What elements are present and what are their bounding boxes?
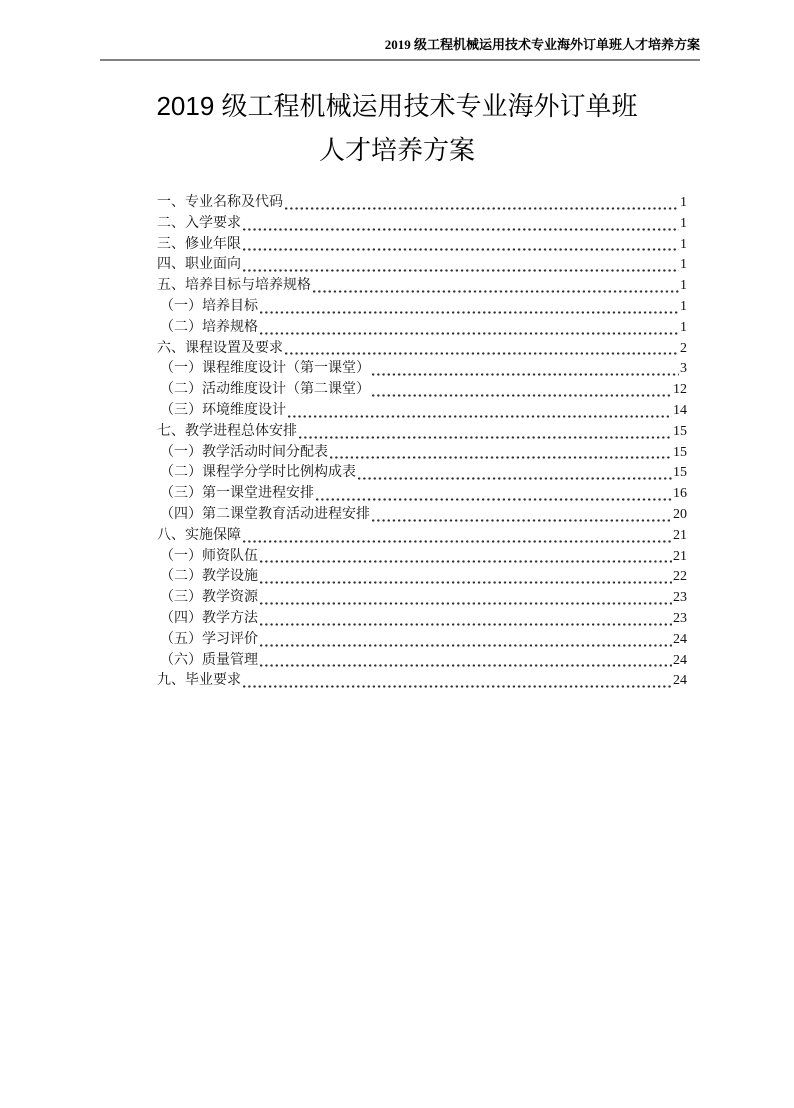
toc-entry-label[interactable]: （五）学习评价	[160, 630, 258, 651]
toc-dot-leader	[285, 352, 679, 355]
toc-dot-leader	[358, 477, 672, 480]
toc-entry[interactable]: （六）质量管理 24	[157, 651, 687, 672]
toc-entry[interactable]: （二）活动维度设计（第二课堂） 12	[157, 380, 687, 401]
toc-page-number[interactable]: 16	[673, 484, 687, 505]
toc-page-number[interactable]: 24	[673, 630, 687, 651]
toc-entry[interactable]: （四）教学方法 23	[157, 609, 687, 630]
toc-entry[interactable]: （五）学习评价 24	[157, 630, 687, 651]
toc-entry[interactable]: （二）课程学分学时比例构成表 15	[157, 463, 687, 484]
toc-dot-leader	[372, 519, 672, 522]
toc-entry-label[interactable]: 六、课程设置及要求	[157, 339, 283, 360]
toc-page-number[interactable]: 1	[680, 214, 687, 235]
toc-entry[interactable]: （三）环境维度设计 14	[157, 401, 687, 422]
toc-entry[interactable]: （一）教学活动时间分配表 15	[157, 443, 687, 464]
toc-page-number[interactable]: 24	[673, 651, 687, 672]
toc-dot-leader	[313, 290, 679, 293]
toc-entry-label[interactable]: （三）教学资源	[160, 588, 258, 609]
toc-dot-leader	[285, 207, 679, 210]
page-header: 2019 级工程机械运用技术专业海外订单班人才培养方案	[100, 36, 700, 61]
toc-page-number[interactable]: 1	[680, 297, 687, 318]
toc-entry-label[interactable]: （三）环境维度设计	[160, 401, 286, 422]
toc-dot-leader	[330, 456, 672, 459]
toc-page-number[interactable]: 21	[673, 547, 687, 568]
toc-dot-leader	[260, 581, 672, 584]
toc-dot-leader	[372, 373, 679, 376]
toc-dot-leader	[243, 228, 679, 231]
toc-dot-leader	[260, 332, 679, 335]
toc-page-number[interactable]: 1	[680, 318, 687, 339]
toc-page-number[interactable]: 15	[673, 443, 687, 464]
document-title: 2019 级工程机械运用技术专业海外订单班 人才培养方案	[0, 84, 794, 172]
toc-entry-label[interactable]: 七、教学进程总体安排	[157, 422, 297, 443]
toc-entry-label[interactable]: 八、实施保障	[157, 526, 241, 547]
toc-dot-leader	[260, 644, 672, 647]
toc-entry-label[interactable]: （一）培养目标	[160, 297, 258, 318]
toc-entry-label[interactable]: 三、修业年限	[157, 235, 241, 256]
toc-page-number[interactable]: 1	[680, 255, 687, 276]
toc-entry-label[interactable]: 一、专业名称及代码	[157, 193, 283, 214]
title-line-1: 2019 级工程机械运用技术专业海外订单班	[0, 84, 794, 128]
toc-entry-label[interactable]: （四）教学方法	[160, 609, 258, 630]
toc-entry-label[interactable]: （一）教学活动时间分配表	[160, 443, 328, 464]
header-title: 2019 级工程机械运用技术专业海外订单班人才培养方案	[385, 37, 700, 52]
toc-entry-label[interactable]: （四）第二课堂教育活动进程安排	[160, 505, 370, 526]
toc-entry-label[interactable]: 九、毕业要求	[157, 671, 241, 692]
toc-entry-label[interactable]: （一）课程维度设计（第一课堂）	[160, 359, 370, 380]
toc-page-number[interactable]: 1	[680, 193, 687, 214]
toc-entry[interactable]: 七、教学进程总体安排 15	[157, 422, 687, 443]
toc-page-number[interactable]: 20	[673, 505, 687, 526]
toc-entry-label[interactable]: （六）质量管理	[160, 651, 258, 672]
toc-entry-label[interactable]: （三）第一课堂进程安排	[160, 484, 314, 505]
toc-page-number[interactable]: 22	[673, 567, 687, 588]
toc-entry-label[interactable]: （二）课程学分学时比例构成表	[160, 463, 356, 484]
toc-page-number[interactable]: 24	[673, 671, 687, 692]
toc-entry[interactable]: 九、毕业要求 24	[157, 671, 687, 692]
toc-dot-leader	[316, 498, 672, 501]
toc-dot-leader	[288, 415, 672, 418]
toc-entry-label[interactable]: （二）教学设施	[160, 567, 258, 588]
toc-dot-leader	[260, 560, 672, 563]
toc-entry-label[interactable]: （二）活动维度设计（第二课堂）	[160, 380, 370, 401]
toc-entry[interactable]: 五、培养目标与培养规格 1	[157, 276, 687, 297]
toc-page-number[interactable]: 12	[673, 380, 687, 401]
toc-entry[interactable]: 六、课程设置及要求 2	[157, 339, 687, 360]
toc-page-number[interactable]: 14	[673, 401, 687, 422]
toc-entry[interactable]: （一）师资队伍 21	[157, 547, 687, 568]
toc-page-number[interactable]: 21	[673, 526, 687, 547]
toc-page-number[interactable]: 3	[680, 359, 687, 380]
toc-dot-leader	[243, 269, 679, 272]
toc-entry[interactable]: （三）第一课堂进程安排 16	[157, 484, 687, 505]
table-of-contents: 一、专业名称及代码 1 二、入学要求 1 三、修业年限 1 四、职业面向 1 五…	[157, 193, 687, 692]
toc-dot-leader	[260, 623, 672, 626]
toc-page-number[interactable]: 23	[673, 609, 687, 630]
toc-page-number[interactable]: 23	[673, 588, 687, 609]
toc-entry[interactable]: 二、入学要求 1	[157, 214, 687, 235]
toc-entry[interactable]: （一）课程维度设计（第一课堂） 3	[157, 359, 687, 380]
toc-dot-leader	[243, 540, 672, 543]
toc-entry[interactable]: （二）教学设施 22	[157, 567, 687, 588]
toc-entry-label[interactable]: 二、入学要求	[157, 214, 241, 235]
toc-dot-leader	[243, 685, 672, 688]
toc-entry[interactable]: （二）培养规格 1	[157, 318, 687, 339]
document-page: 2019 级工程机械运用技术专业海外订单班人才培养方案 2019 级工程机械运用…	[0, 0, 794, 1108]
toc-dot-leader	[260, 602, 672, 605]
toc-entry[interactable]: 三、修业年限 1	[157, 235, 687, 256]
toc-page-number[interactable]: 15	[673, 422, 687, 443]
toc-entry-label[interactable]: （一）师资队伍	[160, 547, 258, 568]
toc-dot-leader	[243, 248, 679, 251]
toc-entry[interactable]: （一）培养目标 1	[157, 297, 687, 318]
toc-page-number[interactable]: 2	[680, 339, 687, 360]
toc-entry[interactable]: （四）第二课堂教育活动进程安排 20	[157, 505, 687, 526]
toc-entry-label[interactable]: 五、培养目标与培养规格	[157, 276, 311, 297]
toc-page-number[interactable]: 1	[680, 235, 687, 256]
toc-entry[interactable]: 一、专业名称及代码 1	[157, 193, 687, 214]
toc-entry-label[interactable]: 四、职业面向	[157, 255, 241, 276]
toc-entry[interactable]: （三）教学资源 23	[157, 588, 687, 609]
title-line-2: 人才培养方案	[0, 128, 794, 172]
toc-dot-leader	[299, 436, 672, 439]
toc-dot-leader	[260, 664, 672, 667]
toc-entry[interactable]: 四、职业面向 1	[157, 255, 687, 276]
toc-entry-label[interactable]: （二）培养规格	[160, 318, 258, 339]
toc-entry[interactable]: 八、实施保障 21	[157, 526, 687, 547]
toc-page-number[interactable]: 15	[673, 463, 687, 484]
toc-dot-leader	[372, 394, 672, 397]
toc-page-number[interactable]: 1	[680, 276, 687, 297]
toc-dot-leader	[260, 311, 679, 314]
